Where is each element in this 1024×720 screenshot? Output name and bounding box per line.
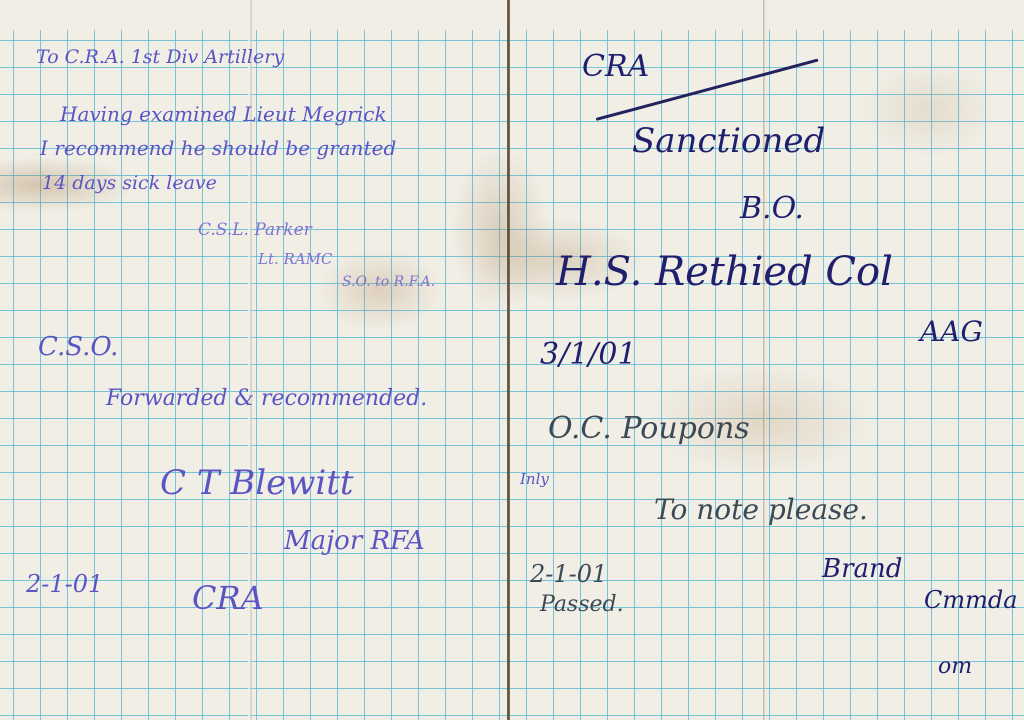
rethied-suffix: AAG <box>920 318 983 346</box>
by-order: B.O. <box>740 194 804 224</box>
closing-initials: om <box>938 656 972 678</box>
right-date-bottom: 2-1-01 <box>530 562 607 586</box>
rethied-signature: H.S. Rethied Col <box>556 252 893 292</box>
left-body-line-3: 14 days sick leave <box>42 174 217 193</box>
left-body-line-1: Having examined Lieut Megrick <box>60 104 387 124</box>
closing-title: Cmmda <box>924 588 1018 612</box>
right-addressee: CRA <box>582 52 649 82</box>
routing-oc: O.C. Poupons <box>548 414 750 444</box>
passed-status: Passed. <box>540 594 624 616</box>
left-body-line-2: I recommend he should be granted <box>40 138 396 158</box>
closing-signature: Brand <box>822 556 902 582</box>
blewitt-signature: C T Blewitt <box>160 466 354 500</box>
medical-officer-rank: Lt. RAMC <box>258 252 333 267</box>
instruction-note: To note please. <box>654 496 868 524</box>
blewitt-rank: Major RFA <box>284 528 425 554</box>
sanctioned-decision: Sanctioned <box>632 124 825 158</box>
left-cra-title: CRA <box>192 582 264 614</box>
forward-note: Forwarded & recommended. <box>106 388 427 410</box>
left-date: 2-1-01 <box>26 572 103 596</box>
fold-crease-center <box>507 0 510 720</box>
left-addressee: To C.R.A. 1st Div Artillery <box>36 48 284 67</box>
medical-officer-unit: S.O. to R.F.A. <box>342 275 435 289</box>
right-date-top: 3/1/01 <box>540 340 637 370</box>
medical-officer-signature: C.S.L. Parker <box>198 222 312 239</box>
fold-crease-right <box>763 0 766 720</box>
routing-cso: C.S.O. <box>38 334 118 360</box>
torn-top-edge <box>0 0 1024 30</box>
margin-initials: Inly <box>520 472 549 487</box>
